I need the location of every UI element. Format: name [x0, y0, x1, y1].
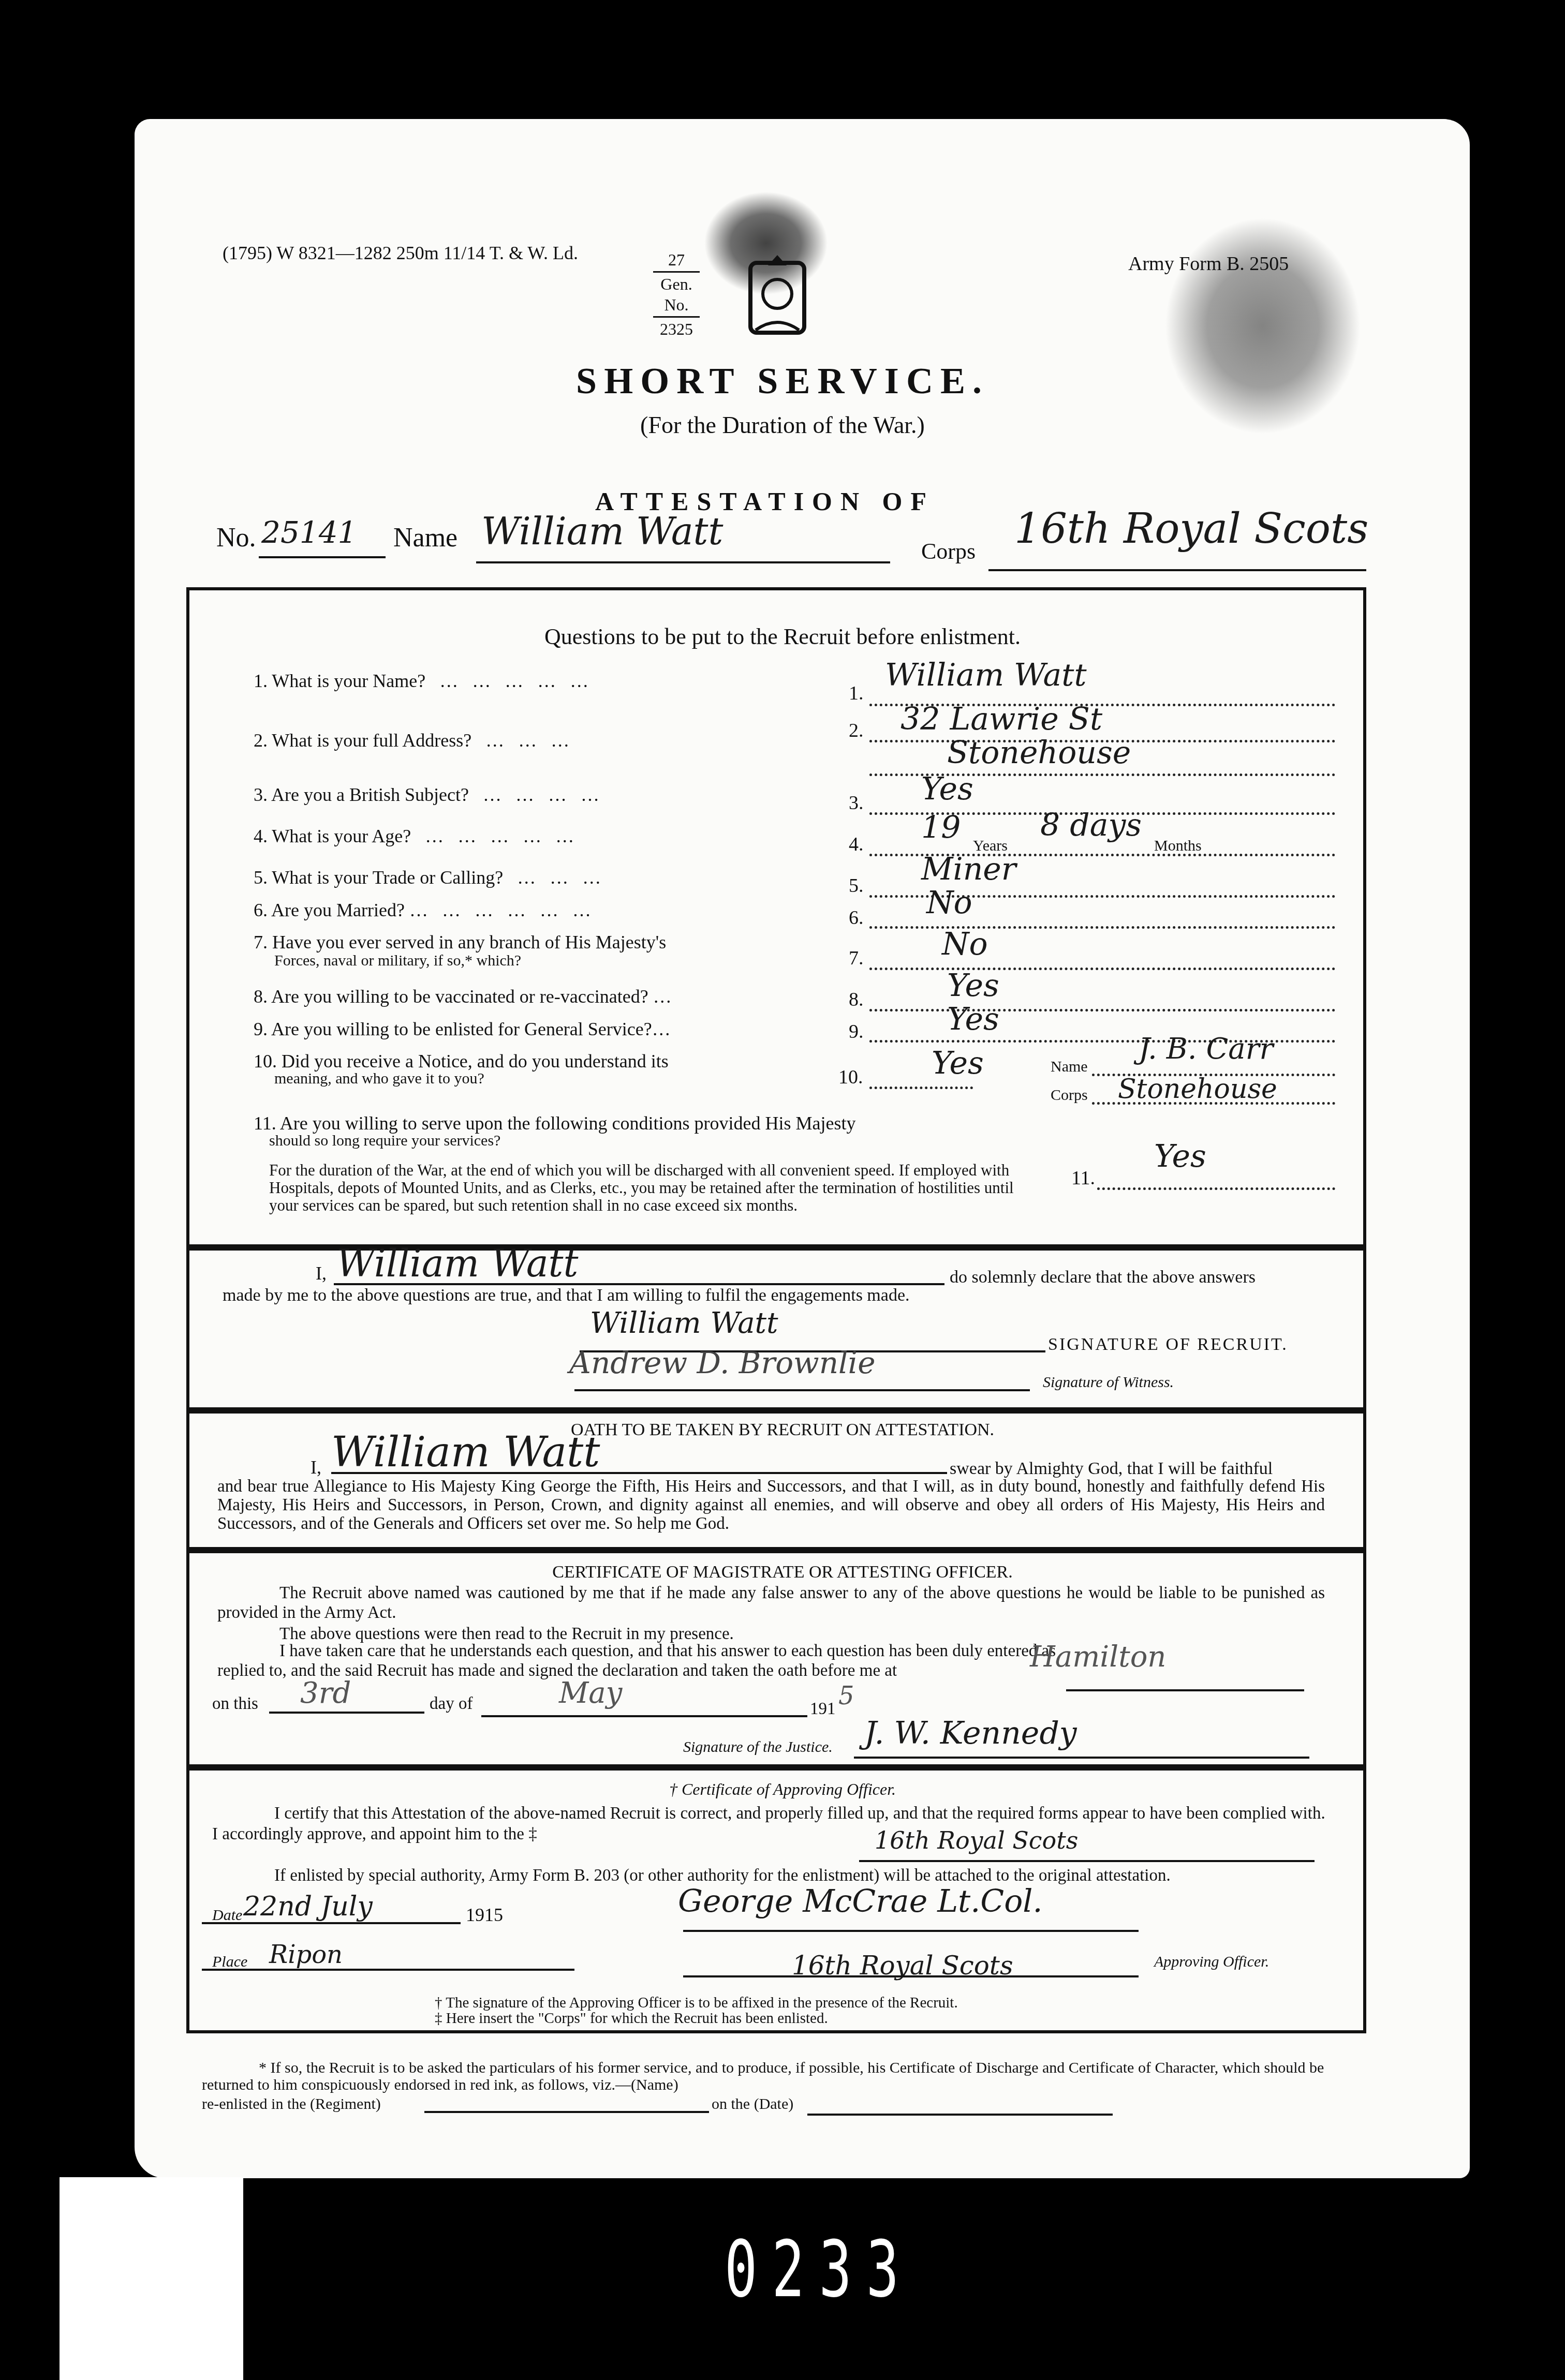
- recruit-name[interactable]: William Watt: [481, 510, 723, 553]
- magistrate-heading: CERTIFICATE OF MAGISTRATE OR ATTESTING O…: [0, 1563, 1565, 1582]
- witness-signature[interactable]: Andrew D. Brownlie: [569, 1345, 876, 1380]
- conditions-text: For the duration of the War, at the end …: [269, 1162, 1040, 1214]
- gen-number-top: 27: [653, 249, 700, 270]
- corps-label: Corps: [921, 538, 976, 564]
- answer-name[interactable]: William Watt: [885, 657, 1087, 693]
- question-4: 4. What is your Age? … … … … …: [254, 825, 574, 847]
- attestation-day[interactable]: 3rd: [300, 1676, 351, 1710]
- question-8: 8. Are you willing to be vaccinated or r…: [254, 986, 672, 1007]
- answer-british-subject[interactable]: Yes: [921, 771, 973, 807]
- answer-age-months[interactable]: 8 days: [1040, 807, 1142, 843]
- question-3: 3. Are you a British Subject? … … … …: [254, 784, 599, 806]
- answer-trade[interactable]: Miner: [921, 851, 1016, 887]
- print-reference: (1795) W 8321—1282 250m 11/14 T. & W. Ld…: [223, 242, 578, 264]
- question-2: 2. What is your full Address? … … …: [254, 730, 569, 751]
- frame-number: 0233: [725, 2225, 913, 2315]
- question-1: 1. What is your Name? … … … … …: [254, 670, 588, 692]
- white-tab: [60, 2177, 243, 2380]
- name-label: Name: [393, 523, 457, 553]
- approval-date[interactable]: 22nd July: [243, 1891, 373, 1922]
- answer-age-years[interactable]: 19: [921, 810, 961, 846]
- oath-body: and bear true Allegiance to His Majesty …: [217, 1477, 1325, 1533]
- question-7: 7. Have you ever served in any branch of…: [254, 931, 666, 953]
- footnote: * If so, the Recruit is to be asked the …: [202, 2059, 1330, 2093]
- approving-heading: † Certificate of Approving Officer.: [0, 1780, 1565, 1799]
- approved-corps[interactable]: 16th Royal Scots: [875, 1826, 1078, 1854]
- answer-notice[interactable]: Yes: [932, 1045, 984, 1081]
- attestation-place[interactable]: Hamilton: [1030, 1640, 1166, 1674]
- approval-place[interactable]: Ripon: [269, 1940, 343, 1969]
- approving-officer-signature[interactable]: George McCrae Lt.Col.: [678, 1883, 1043, 1920]
- attestation-month[interactable]: May: [559, 1676, 622, 1710]
- justice-signature[interactable]: J. W. Kennedy: [864, 1715, 1077, 1751]
- question-10: 10. Did you receive a Notice, and do you…: [254, 1050, 669, 1072]
- notice-giver-corps[interactable]: Stonehouse: [1118, 1074, 1277, 1105]
- oath-name[interactable]: William Watt: [331, 1428, 600, 1476]
- answer-conditions[interactable]: Yes: [1154, 1138, 1206, 1174]
- answer-address-line1[interactable]: 32 Lawrie St: [900, 701, 1102, 737]
- army-form-number: Army Form B. 2505: [1128, 252, 1289, 275]
- question-6: 6. Are you Married? … … … … … …: [254, 899, 591, 921]
- number-label: No.: [216, 523, 256, 553]
- recruit-signature[interactable]: William Watt: [590, 1306, 778, 1340]
- declarant-name[interactable]: William Watt: [336, 1242, 578, 1285]
- question-9: 9. Are you willing to be enlisted for Ge…: [254, 1018, 671, 1040]
- answer-general-service[interactable]: Yes: [947, 1001, 999, 1037]
- gen-number-bottom: 2325: [653, 319, 700, 339]
- answer-vaccinated[interactable]: Yes: [947, 968, 999, 1004]
- corps-value[interactable]: 16th Royal Scots: [1014, 504, 1368, 553]
- gen-number: 27 Gen. No. 2325: [653, 249, 700, 339]
- page-subtitle: (For the Duration of the War.): [0, 411, 1565, 439]
- gen-number-label: Gen. No.: [653, 274, 700, 315]
- questions-heading: Questions to be put to the Recruit befor…: [0, 623, 1565, 650]
- service-number[interactable]: 25141: [261, 515, 357, 550]
- page-title: SHORT SERVICE.: [0, 360, 1565, 403]
- answer-previous-service[interactable]: No: [942, 926, 988, 962]
- answer-address-line2[interactable]: Stonehouse: [947, 735, 1131, 771]
- answer-married[interactable]: No: [926, 885, 972, 921]
- oath-heading: OATH TO BE TAKEN BY RECRUIT ON ATTESTATI…: [0, 1420, 1565, 1440]
- royal-crest-icon: [745, 252, 809, 338]
- notice-giver-name[interactable]: J. B. Carr: [1139, 1032, 1273, 1066]
- question-11: 11. Are you willing to serve upon the fo…: [254, 1112, 856, 1134]
- question-5: 5. What is your Trade or Calling? … … …: [254, 867, 601, 888]
